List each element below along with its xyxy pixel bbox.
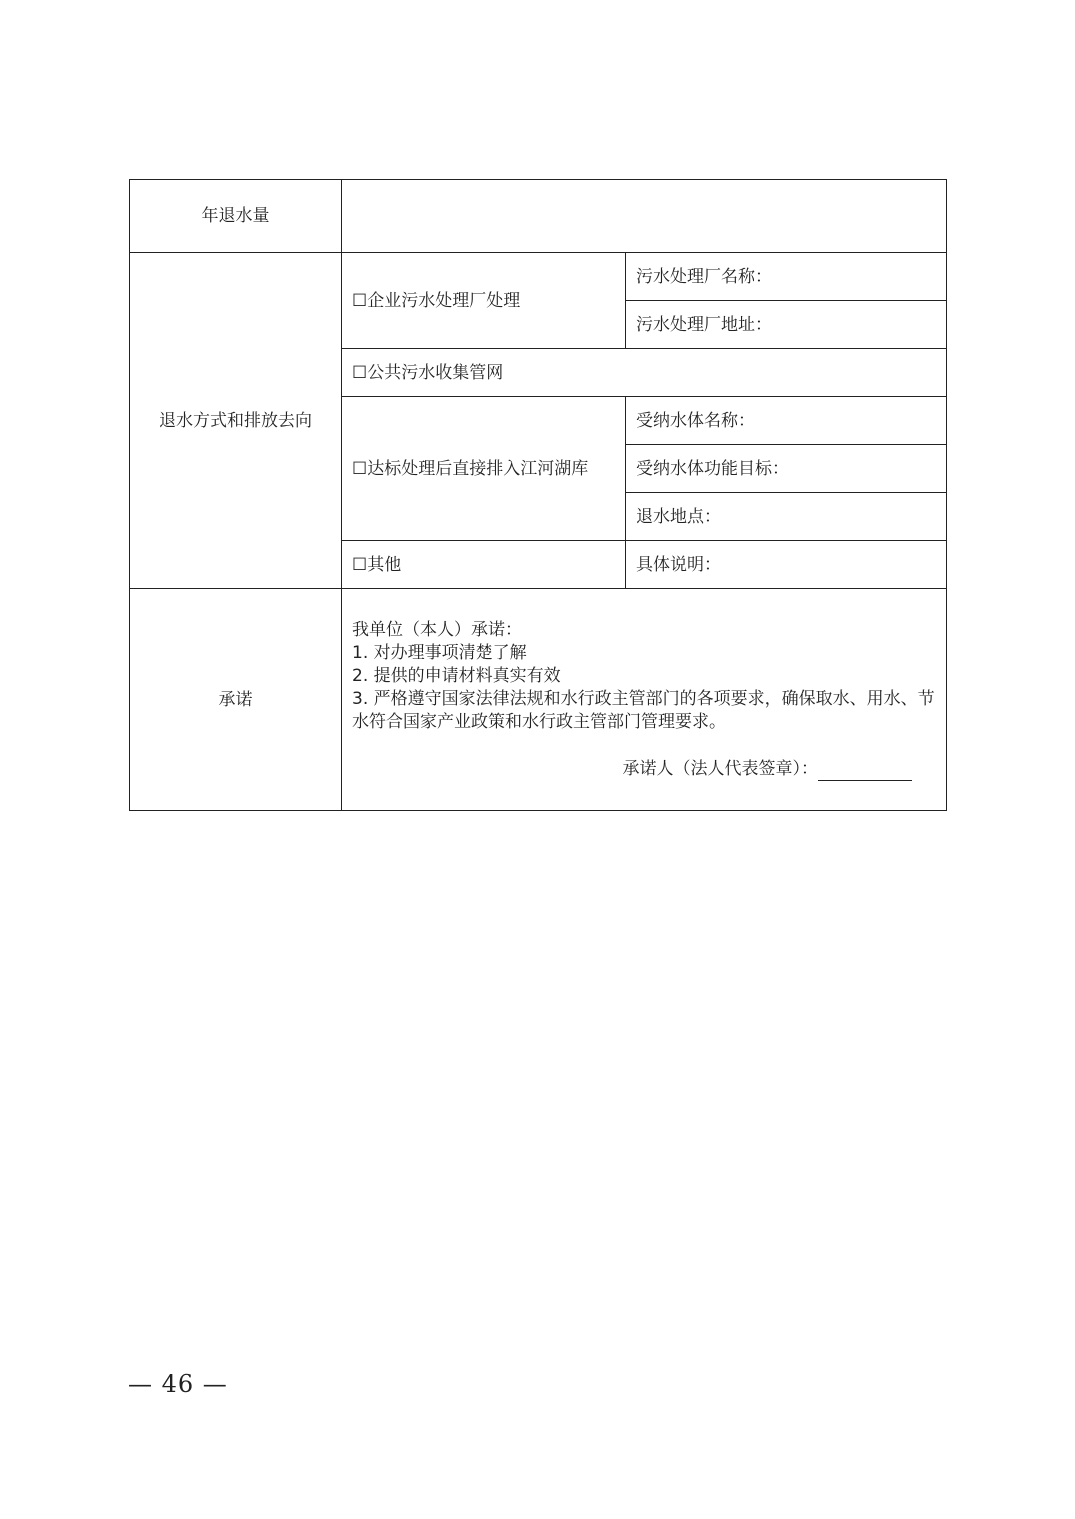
commitment-intro: 我单位（本人）承诺： [352,619,936,642]
plant-name-field[interactable]: 污水处理厂名称： [626,253,947,301]
annual-discharge-label: 年退水量 [130,180,342,253]
signature-label: 承诺人（法人代表签章）： [623,759,819,779]
checkbox-icon[interactable]: ☐ [352,291,367,311]
option-public-sewer[interactable]: ☐公共污水收集管网 [342,349,947,397]
checkbox-icon[interactable]: ☐ [352,459,367,479]
signature-line: 承诺人（法人代表签章）： [352,758,936,781]
checkbox-icon[interactable]: ☐ [352,363,367,383]
receiving-water-target-field[interactable]: 受纳水体功能目标： [626,445,947,493]
other-description-field[interactable]: 具体说明： [626,541,947,589]
option-enterprise-plant[interactable]: ☐企业污水处理厂处理 [342,253,626,349]
discharge-location-field[interactable]: 退水地点： [626,493,947,541]
annual-discharge-value[interactable] [342,180,947,253]
signature-field[interactable] [818,762,912,781]
option-other[interactable]: ☐其他 [342,541,626,589]
plant-address-field[interactable]: 污水处理厂地址： [626,301,947,349]
commitment-label: 承诺 [130,589,342,811]
commitment-item-2: 2. 提供的申请材料真实有效 [352,665,936,688]
discharge-method-label: 退水方式和排放去向 [130,253,342,589]
receiving-water-name-field[interactable]: 受纳水体名称： [626,397,947,445]
page-number: — 46 — [128,1370,228,1398]
commitment-text: 我单位（本人）承诺： 1. 对办理事项清楚了解 2. 提供的申请材料真实有效 3… [342,589,947,811]
water-discharge-form-table: 年退水量 退水方式和排放去向 ☐企业污水处理厂处理 污水处理厂名称： 污水处理厂… [129,179,947,811]
commitment-item-1: 1. 对办理事项清楚了解 [352,642,936,665]
option-direct-discharge[interactable]: ☐达标处理后直接排入江河湖库 [342,397,626,541]
commitment-item-3: 3. 严格遵守国家法律法规和水行政主管部门的各项要求，确保取水、用水、节水符合国… [352,688,936,734]
checkbox-icon[interactable]: ☐ [352,555,367,575]
